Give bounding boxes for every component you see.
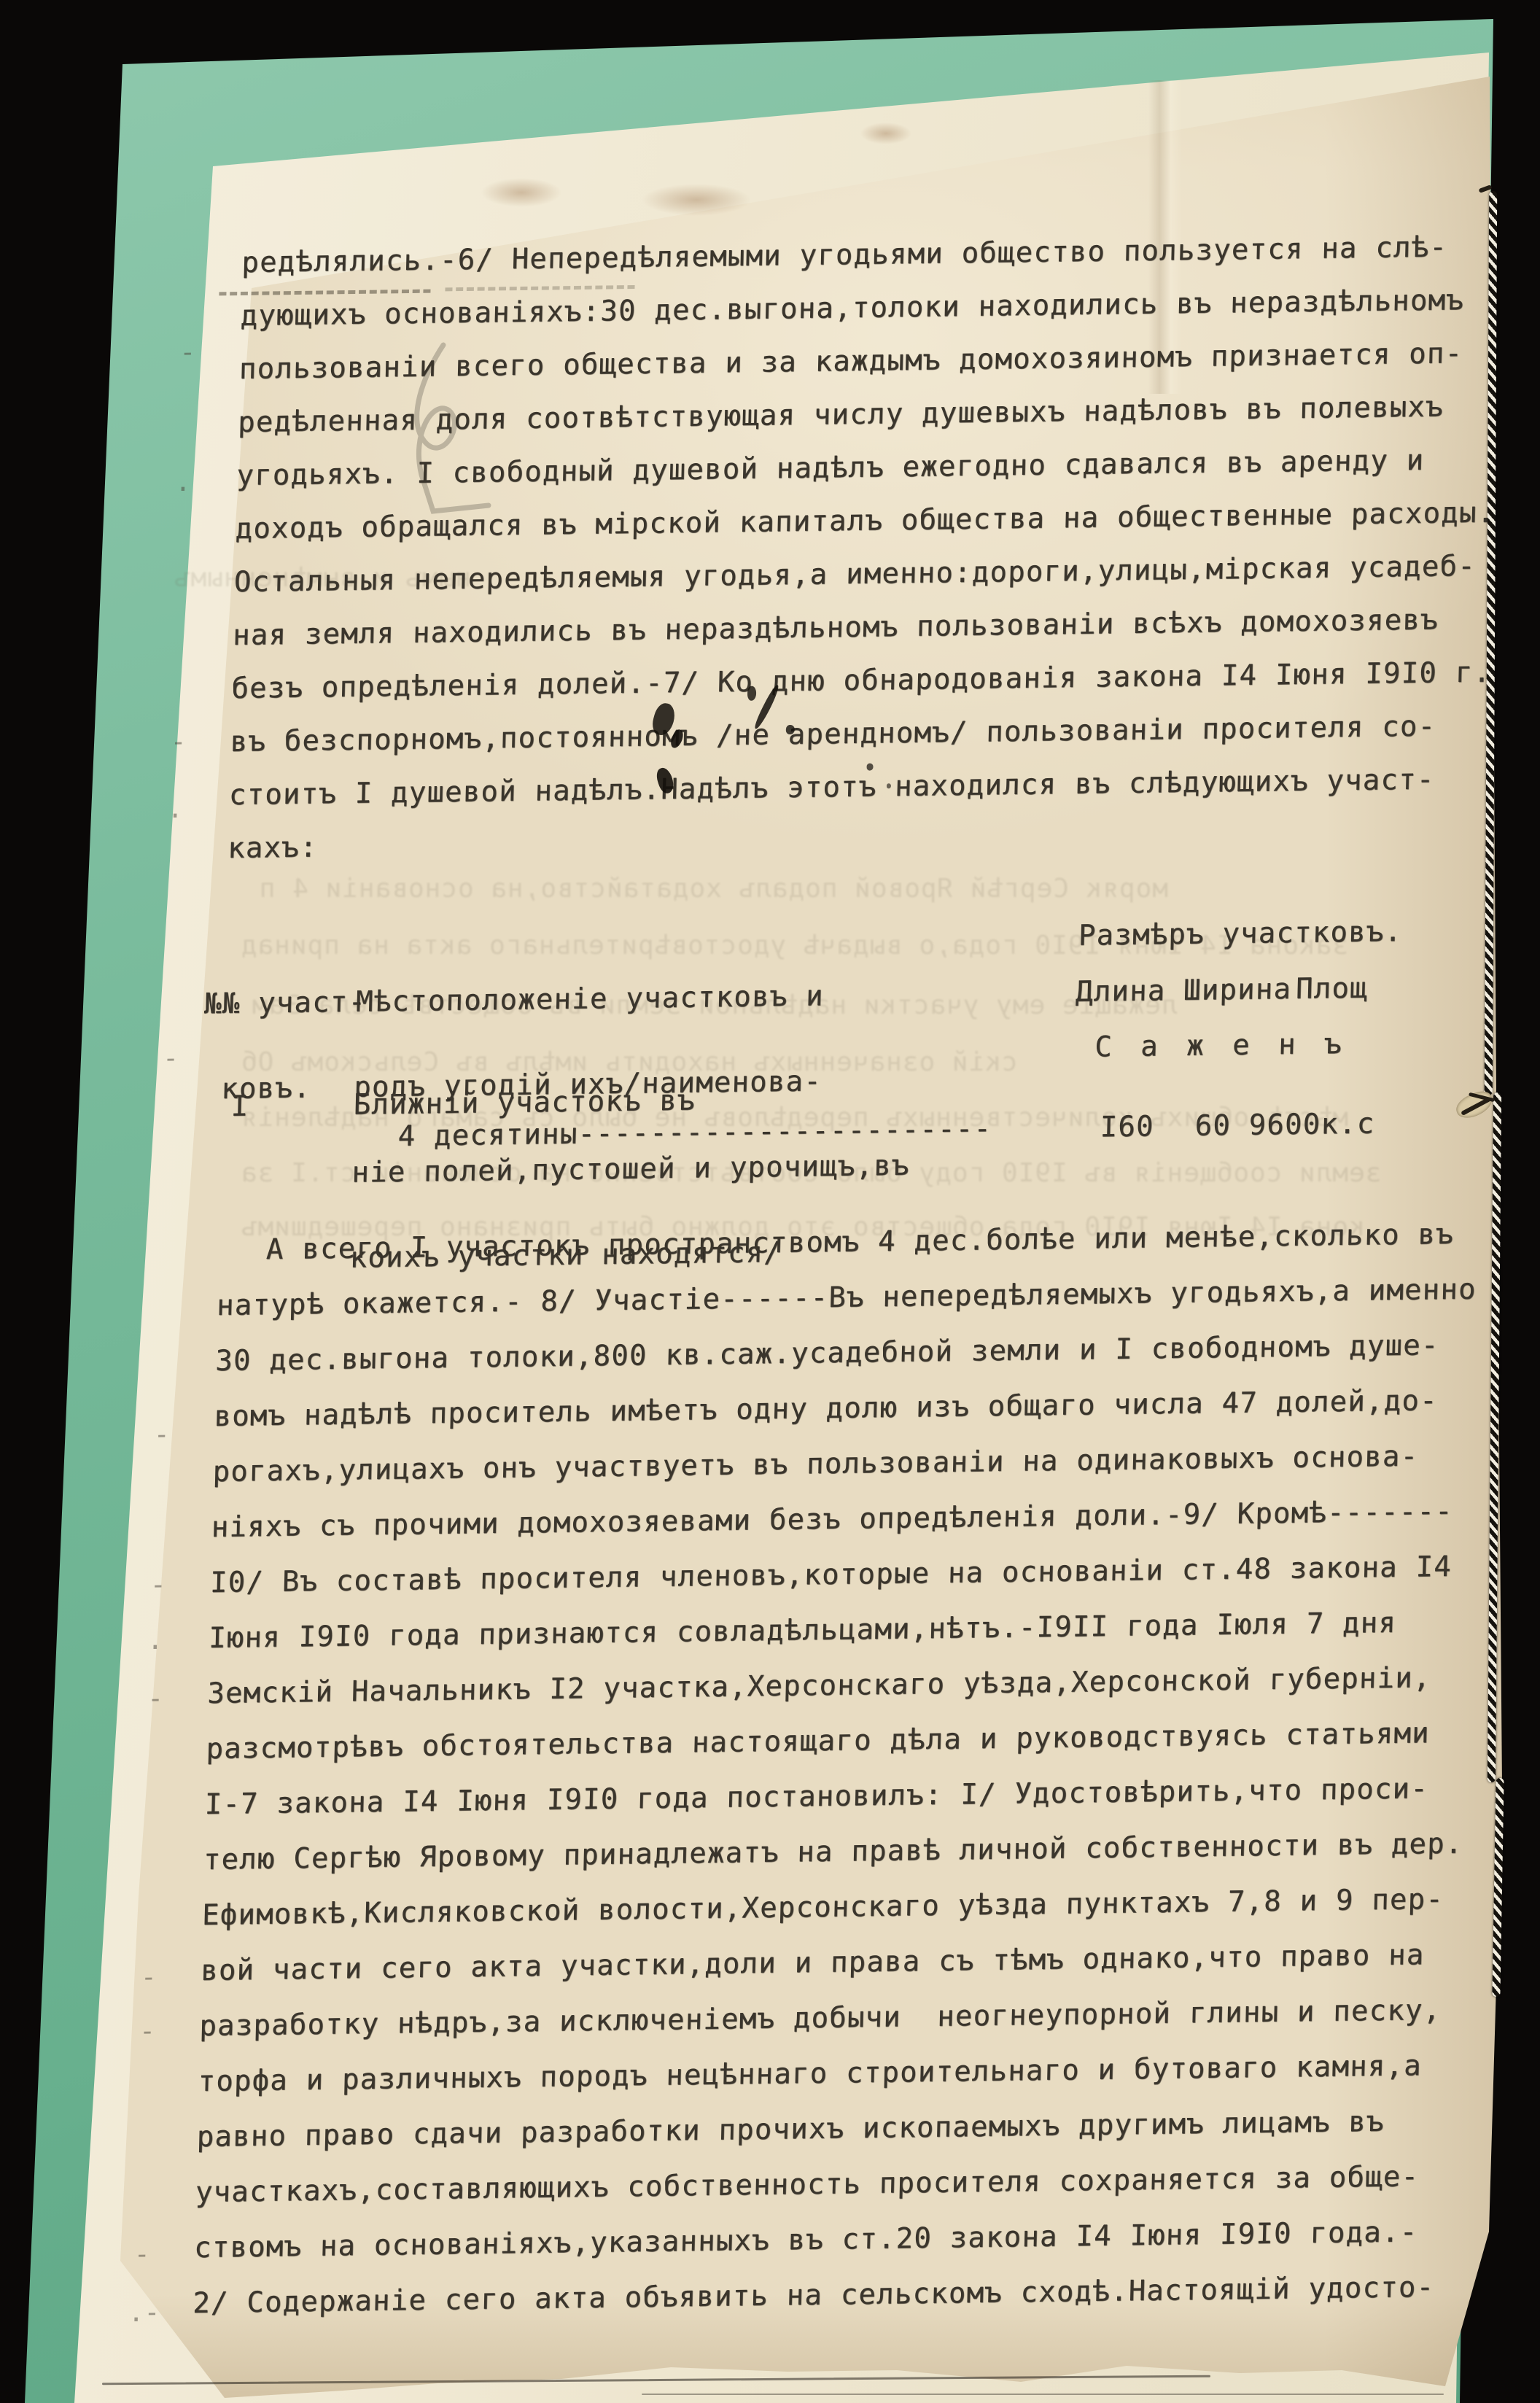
table-col3-header: Размѣръ участковъ. xyxy=(1078,917,1402,950)
margin-bleed-mark: . xyxy=(167,794,184,824)
paragraph-2: А всего I участокъ пространствомъ 4 дес.… xyxy=(192,1218,1478,2342)
table-row-area: 9600к.с xyxy=(1248,1109,1375,1139)
ink-spatter xyxy=(6,0,1540,3)
margin-bleed-mark: - xyxy=(179,338,196,368)
table-row-length: I60 xyxy=(1100,1112,1154,1141)
margin-marks: -.-.---.----.- xyxy=(6,0,1540,3)
margin-bleed-mark: - xyxy=(147,1684,164,1714)
table-row-desc-2: 4 десятины----------------------- xyxy=(397,1114,992,1151)
table-col3-sub-length: Длина xyxy=(1076,977,1166,1006)
table-unit-sazhen: С а ж е н ъ xyxy=(1094,1030,1347,1062)
paragraph-1: редѣлялись.-6/ Непередѣляемыми угодьями … xyxy=(227,230,1502,885)
margin-bleed-mark: - xyxy=(170,727,187,757)
table-row-width: 60 xyxy=(1194,1111,1231,1141)
margin-bleed-mark: - xyxy=(153,1420,170,1450)
margin-bleed-mark: - xyxy=(141,1963,157,1992)
margin-bleed-mark: - xyxy=(163,1044,179,1074)
margin-bleed-mark: - xyxy=(139,2016,156,2046)
margin-bleed-mark: - xyxy=(149,1570,166,1600)
margin-bleed-mark: .- xyxy=(128,2298,160,2329)
table-row-number: I xyxy=(230,1092,249,1121)
margin-bleed-mark: . xyxy=(175,467,192,497)
typed-text-layer: редѣлялись.-6/ Непередѣляемыми угодьями … xyxy=(0,0,1540,2403)
margin-bleed-mark: . xyxy=(147,1626,164,1655)
table-col3-sub-area: Площ xyxy=(1296,974,1369,1003)
table-col1-header: №№ участ- ковъ. xyxy=(201,931,368,1160)
allotment-table: №№ участ- ковъ. Мѣстоположеніе участковъ… xyxy=(6,0,1540,3)
document-scan: нымъ и вымѣненнымъморяк Сергѣй Яровой по… xyxy=(0,0,1540,2403)
table-col3-sub-width: Ширина xyxy=(1183,975,1292,1005)
background-wrinkle xyxy=(642,2394,1444,2395)
margin-bleed-mark: - xyxy=(133,2240,150,2270)
table-row-desc: Ближній участокъ въ xyxy=(353,1087,696,1119)
